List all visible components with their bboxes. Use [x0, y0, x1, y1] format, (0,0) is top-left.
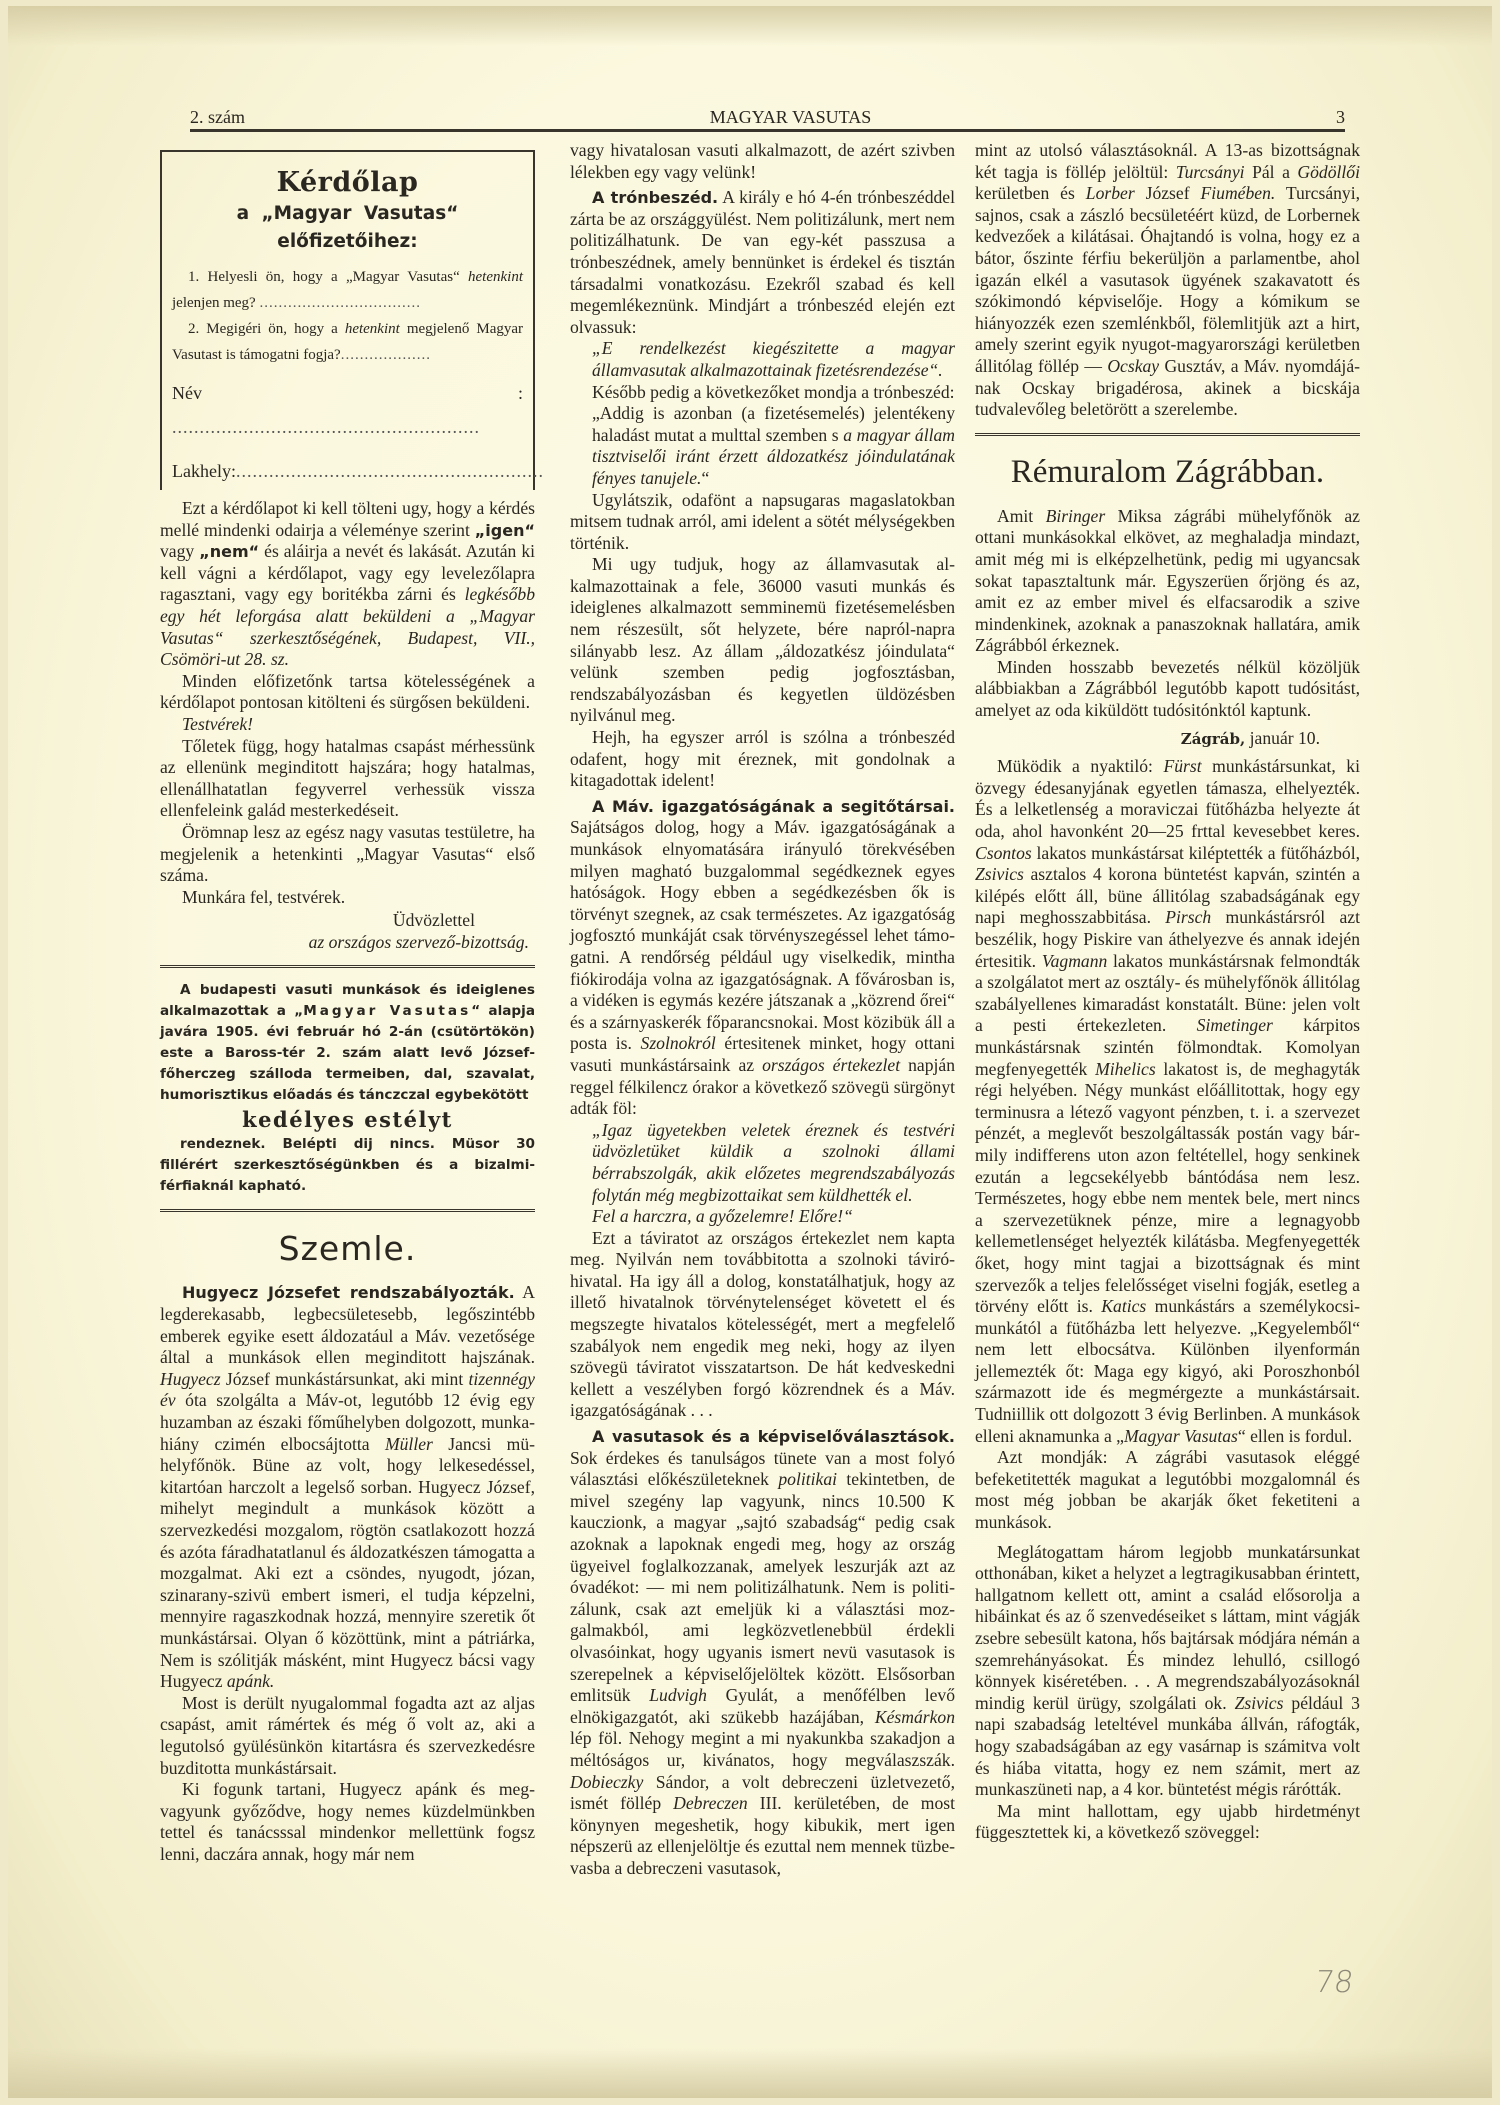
paragraph: mint az utolsó választásoknál. A 13-as b… [975, 140, 1360, 421]
paragraph: Müködik a nyaktiló: Fürst munkástársun­k… [975, 756, 1360, 1447]
paragraph: Minden előfizetőnk tartsa kötelességének… [160, 671, 535, 714]
questionnaire-box: Kérdőlap a „Magyar Vasutas“ előfizetőihe… [160, 150, 535, 490]
pencil-page-annotation: 78 [1313, 1965, 1356, 2000]
paragraph: Meglátogattam három legjobb munka­társun… [975, 1542, 1360, 1801]
questionnaire-questions: 1. Helyesli ön, hogy a „Magyar Vasutas“ … [172, 264, 523, 368]
article-mav: A Máv. igazgatóságának a segitő­társai. … [570, 796, 955, 1120]
dateline: Zágráb, január 10. [975, 728, 1360, 751]
paragraph: Most is derült nyugalommal fogadta azt a… [160, 1693, 535, 1779]
divider [160, 1209, 535, 1212]
page-edge-bottom [8, 2048, 1492, 2098]
quote: „Addig is azonban (a fizetésemelés) je­l… [570, 403, 955, 489]
signature-greeting: Üdvözlettel [160, 910, 535, 932]
address-label: Lakhely: [172, 461, 236, 481]
divider [160, 965, 535, 968]
paragraph: Örömnap lesz az egész nagy vasutas tes­t… [160, 822, 535, 887]
answer-line-2[interactable]: ................... [341, 347, 431, 363]
quote: „Igaz ügyetekben veletek éreznek és test… [570, 1120, 955, 1206]
paragraph: Hejh, ha egyszer arról is szólna a trón­… [570, 727, 955, 792]
paragraph: Ugylátszik, odafönt a napsugaras magas­l… [570, 490, 955, 555]
signature-committee: az országos szervező-bizottság. [160, 932, 535, 954]
paragraph: Ma mint hallottam, egy ujabb hirdetményt… [975, 1801, 1360, 1844]
questionnaire-title: Kérdőlap [172, 166, 523, 200]
article-tronbeszed: A trónbeszéd. A király e hó 4-én trón­be… [570, 187, 955, 338]
instructions-paragraph: Ezt a kérdőlapot ki kell tölteni ugy, ho… [160, 498, 535, 671]
paragraph: Később pedig a következőket mondja a tró… [570, 382, 955, 404]
address-field[interactable]: Lakhely:................................… [172, 454, 523, 488]
question-1: 1. Helyesli ön, hogy a „Magyar Vasutas“ … [172, 264, 523, 316]
page-number: 3 [1336, 107, 1345, 128]
divider [975, 433, 1360, 436]
paragraph: vagy hivatalosan vasuti alkalmazott, de … [570, 140, 955, 183]
column-right: mint az utolsó választásoknál. A 13-as b… [975, 140, 1360, 1844]
header-rule [190, 129, 1345, 132]
event-notice-heading: kedélyes estélyt [160, 1106, 535, 1134]
name-field[interactable]: Név : ..................................… [172, 376, 523, 444]
paragraph: Ki fogunk tartani, Hugyecz apánk és meg­… [160, 1779, 535, 1865]
paragraph: Minden hosszabb bevezetés nélkül kö­zölj… [975, 657, 1360, 722]
paragraph: Ezt a táviratot az országos értekezlet n… [570, 1228, 955, 1422]
page-edge-top [8, 6, 1492, 46]
paragraph: Amit Biringer Miksa zágrábi mühely­főnök… [975, 506, 1360, 657]
section-title-remuralom: Rémuralom Zágrábban. [975, 448, 1360, 496]
article-valasztasok: A vasutasok és a képviselőválasztások. S… [570, 1426, 955, 1879]
event-notice: A budapesti vasuti munkások és ideiglene… [160, 980, 535, 1197]
column-left: Kérdőlap a „Magyar Vasutas“ előfizetőihe… [160, 140, 535, 1866]
answer-line-1[interactable]: .................................. [259, 295, 421, 311]
question-2: 2. Megigéri ön, hogy a hetenkint megjele… [172, 316, 523, 368]
issue-number: 2. szám [190, 107, 245, 128]
newspaper-title: MAGYAR VASUTAS [710, 107, 871, 128]
paragraph: Azt mondják: A zágrábi vasutasok eléggé … [975, 1447, 1360, 1533]
questionnaire-subtitle: a „Magyar Vasutas“ előfizetőihez: [172, 200, 523, 256]
paragraph: Tőletek függ, hogy hatalmas csapást mér­… [160, 736, 535, 822]
paragraph: Munkára fel, testvérek. [160, 887, 535, 909]
column-middle: vagy hivatalosan vasuti alkalmazott, de … [570, 140, 955, 1880]
quote: „E rendelkezést kiegészitette a magyar á… [570, 338, 955, 381]
section-title-szemle: Szemle. [160, 1224, 535, 1274]
running-header: 2. szám MAGYAR VASUTAS 3 [190, 104, 1345, 128]
paragraph: Testvérek! [160, 714, 535, 736]
article-hugyecz: Hugyecz Józsefet rendszabályozták. A leg… [160, 1282, 535, 1692]
paragraph: Mi ugy tudjuk, hogy az államvasutak al­k… [570, 554, 955, 727]
quote: Fel a harczra, a győzelemre! Előre!“ [570, 1206, 955, 1228]
name-label: Név : [172, 383, 523, 403]
